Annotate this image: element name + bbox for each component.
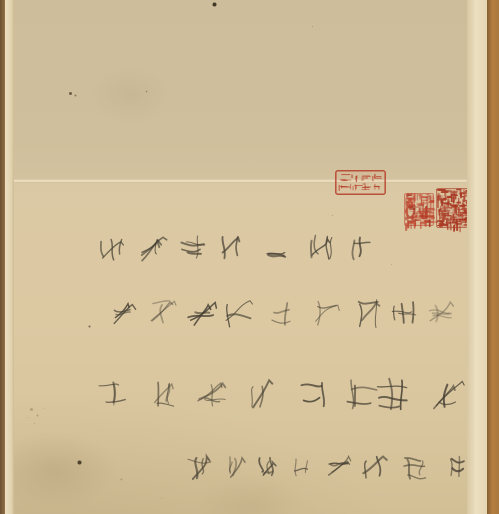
mount-border-right — [487, 0, 499, 514]
mount-inner-edge-left — [5, 0, 14, 514]
scroll-photograph: 此蘇太師真翰也神德先生其寶藏之夫為淩進王軌漢拜觀大德丁未十月朔日 此蘇太師真翰也… — [0, 0, 499, 514]
mount-inner-edge-right — [467, 0, 487, 514]
horizontal-crease — [5, 179, 487, 183]
paper-upper-tone — [0, 0, 499, 182]
